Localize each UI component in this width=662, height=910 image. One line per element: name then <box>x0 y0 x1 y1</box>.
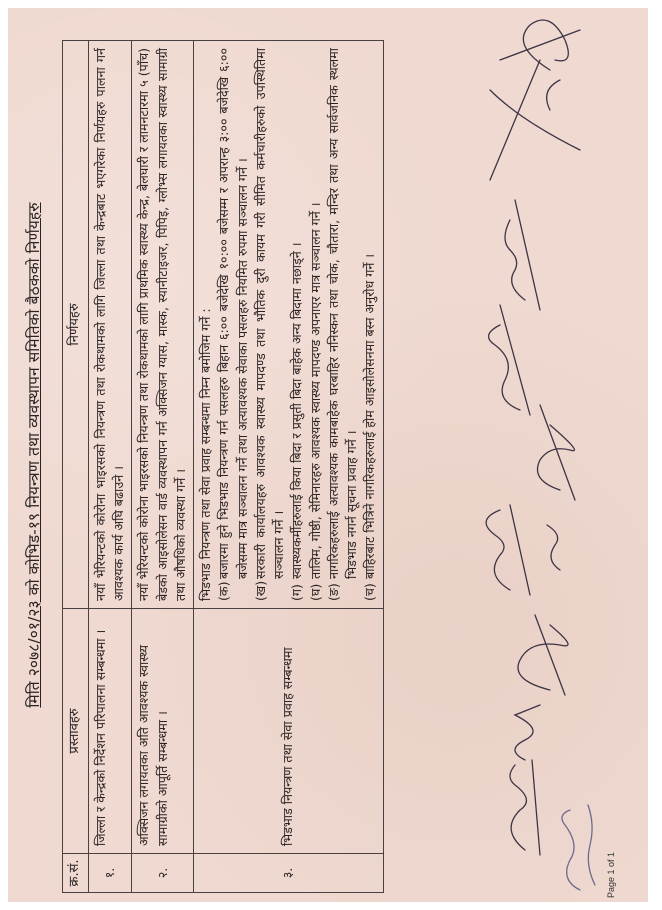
signature-area <box>430 0 650 910</box>
decision-item-text: बजारमा हुने भिडभाड नियन्त्रण गर्न पसलहरु… <box>215 48 252 579</box>
decision-item-text: स्वास्थ्यकर्मीहरुलाई किया बिदा र प्रसुती… <box>288 48 306 579</box>
decision-item-text: बाहिरबाट भित्रिने नागरिकहरुलाई होम आइसोल… <box>361 48 379 579</box>
header-proposals: प्रस्तावहरु <box>63 609 89 854</box>
header-serial-number: क्र.सं. <box>63 854 89 893</box>
row-decision: नयाँ भेरियन्टको कोरोना भाइरसको नियन्त्रण… <box>88 41 132 609</box>
decision-item-label: (ङ) <box>325 579 362 601</box>
decision-item-label: (घ) <box>307 579 325 601</box>
table-header-row: क्र.सं. प्रस्तावहरु निर्णयहरु <box>63 41 89 893</box>
decision-item-label: (क) <box>215 579 252 601</box>
decision-item: (च)बाहिरबाट भित्रिने नागरिकहरुलाई होम आइ… <box>361 48 379 601</box>
row-proposal: जिल्ला र केन्द्रको निर्देशन परिपालना सम्… <box>88 609 132 854</box>
header-decisions: निर्णयहरु <box>63 41 89 609</box>
decision-item: (ख)सरकारी कार्यालयहरु आवश्यक स्वास्थ्य म… <box>252 48 289 601</box>
row-decision: नयाँ भेरियन्टको कोरोना भाइरसको नियन्त्रण… <box>132 41 194 609</box>
row-decision: भिडभाड नियन्त्रण तथा सेवा प्रवाह सम्बन्ध… <box>194 41 384 609</box>
document-title: मिति २०७८/०१/२३ को कोभिड-१९ नियन्त्रण तथ… <box>22 0 44 910</box>
row-proposal: अक्सिजन लगायतका अति आवश्यक स्वास्थ्य साम… <box>132 609 194 854</box>
decision-item: (ग)स्वास्थ्यकर्मीहरुलाई किया बिदा र प्रस… <box>288 48 306 601</box>
decision-intro: भिडभाड नियन्त्रण तथा सेवा प्रवाह सम्बन्ध… <box>197 48 215 601</box>
decision-item: (ङ)नागरिकहरुलाई अत्यावश्यक कामबाहेक घरबा… <box>325 48 362 601</box>
decision-item: (घ)तालिम, गोष्ठी, सेमिनारहरु आवश्यक स्वा… <box>307 48 325 601</box>
decision-item: (क)बजारमा हुने भिडभाड नियन्त्रण गर्न पसल… <box>215 48 252 601</box>
row-serial-number: २. <box>132 854 194 893</box>
row-serial-number: १. <box>88 854 132 893</box>
decision-item-list: (क)बजारमा हुने भिडभाड नियन्त्रण गर्न पसल… <box>215 48 379 601</box>
rotated-document: मिति २०७८/०१/२३ को कोभिड-१९ नियन्त्रण तथ… <box>0 0 662 910</box>
row-serial-number: ३. <box>194 854 384 893</box>
table-row: १. जिल्ला र केन्द्रको निर्देशन परिपालना … <box>88 41 132 893</box>
signatures-icon <box>430 0 650 910</box>
page-number: Page 1 of 1 <box>606 852 616 898</box>
decisions-table: क्र.सं. प्रस्तावहरु निर्णयहरु १. जिल्ला … <box>62 40 384 893</box>
decision-item-text: तालिम, गोष्ठी, सेमिनारहरु आवश्यक स्वास्थ… <box>307 48 325 579</box>
decision-item-label: (ख) <box>252 579 289 601</box>
decision-item-label: (ग) <box>288 579 306 601</box>
table-row: ३. भिडभाड नियन्त्रण तथा सेवा प्रवाह सम्ब… <box>194 41 384 893</box>
decision-item-text: सरकारी कार्यालयहरु आवश्यक स्वास्थ्य मापद… <box>252 48 289 579</box>
row-proposal: भिडभाड नियन्त्रण तथा सेवा प्रवाह सम्बन्ध… <box>194 609 384 854</box>
decision-item-label: (च) <box>361 579 379 601</box>
decision-item-text: नागरिकहरुलाई अत्यावश्यक कामबाहेक घरबाहिर… <box>325 48 362 579</box>
table-row: २. अक्सिजन लगायतका अति आवश्यक स्वास्थ्य … <box>132 41 194 893</box>
